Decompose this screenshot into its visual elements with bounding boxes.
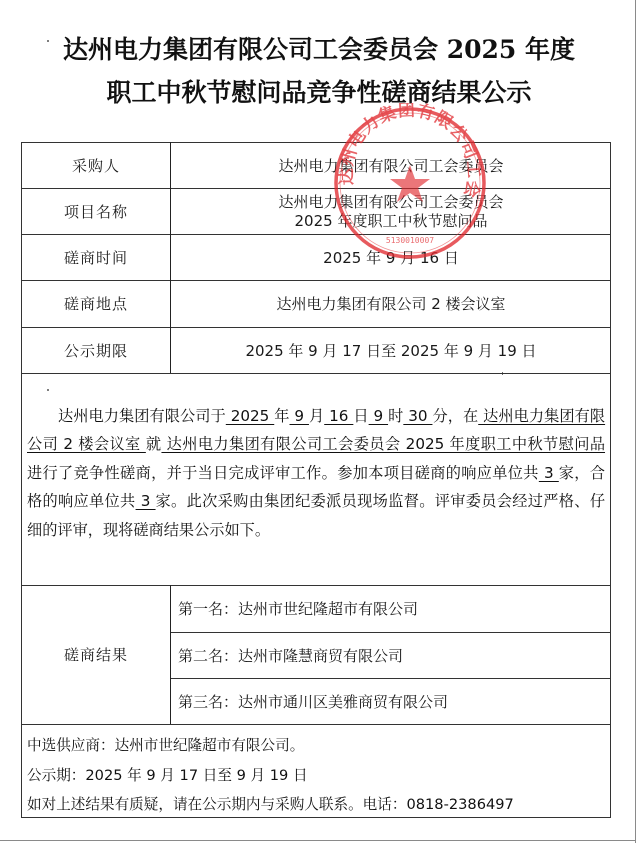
filled-year: 2025 (226, 407, 274, 425)
project-name-line2: 2025 年度职工中秋节慰问品 (295, 212, 488, 231)
project-name-value: 达州电力集团有限公司工会委员会 2025 年度职工中秋节慰问品 (171, 189, 611, 234)
scan-speck (47, 40, 49, 42)
project-name-line1: 达州电力集团有限公司工会委员会 (278, 193, 503, 212)
document-title-line2: 职工中秋节慰问品竞争性磋商结果公示 (0, 73, 638, 109)
page-edge-right (635, 0, 636, 843)
result-rank-2: 第二名：达州市隆慧商贸有限公司 (171, 633, 611, 678)
negotiation-location-label: 磋商地点 (22, 281, 170, 327)
narrative-text: 达州电力集团有限公司于 (58, 407, 226, 425)
narrative-text: 分，在 (432, 407, 478, 425)
rank-company: 达州市通川区美雅商贸有限公司 (238, 692, 448, 712)
row-divider (21, 373, 611, 374)
narrative-text: 日 (353, 407, 368, 425)
rank-label: 第三名： (178, 692, 238, 712)
rank-company: 达州市世纪隆超市有限公司 (238, 599, 418, 619)
document-title-line1: 达州电力集团有限公司工会委员会 2025 年度 (0, 30, 638, 66)
publicity-period-value: 2025 年 9 月 17 日至 2025 年 9 月 19 日 (171, 328, 611, 373)
row-divider (21, 724, 611, 725)
negotiation-time-value: 2025 年 9 月 16 日 (171, 235, 611, 280)
negotiation-location-value: 达州电力集团有限公司 2 楼会议室 (171, 281, 611, 327)
result-rank-3: 第三名：达州市通川区美雅商贸有限公司 (171, 679, 611, 724)
filled-responder-count: 3 (539, 464, 559, 482)
filled-minute: 30 (403, 407, 432, 425)
filled-month: 9 (290, 407, 309, 425)
selected-supplier: 中选供应商：达州市世纪隆超市有限公司。 (27, 734, 304, 755)
rank-company: 达州市隆慧商贸有限公司 (238, 646, 403, 666)
purchaser-value: 达州电力集团有限公司工会委员会 (171, 143, 611, 188)
narrative-text: 就 (146, 435, 162, 453)
narrative-text: 时 (388, 407, 403, 425)
negotiation-time-label: 磋商时间 (22, 235, 170, 280)
rank-label: 第一名： (178, 599, 238, 619)
result-rank-1: 第一名：达州市世纪隆超市有限公司 (171, 586, 611, 632)
page-edge-bottom (0, 840, 636, 841)
filled-qualified-count: 3 (136, 492, 156, 510)
publicity-period-label: 公示期限 (22, 328, 170, 373)
filled-day: 16 (324, 407, 353, 425)
contact-note: 如对上述结果有质疑，请在公示期内与采购人联系。电话：0818-2386497 (27, 793, 514, 814)
narrative-text: 进行了竞争性磋商，并于当日完成评审工作。参加本项目磋商的响应单位共 (27, 464, 539, 482)
narrative-paragraph: 达州电力集团有限公司于 2025 年 9 月 16 日 9 时 30 分，在 达… (27, 402, 605, 544)
publicity-period-note: 公示期：2025 年 9 月 17 日至 9 月 19 日 (27, 764, 308, 785)
filled-project: 达州电力集团有限公司工会委员会 2025 年度职工中秋节慰问品 (161, 435, 605, 453)
filled-hour: 9 (369, 407, 388, 425)
rank-label: 第二名： (178, 646, 238, 666)
results-label: 磋商结果 (22, 586, 170, 724)
narrative-text: 年 (274, 407, 289, 425)
purchaser-label: 采购人 (22, 143, 170, 188)
project-name-label: 项目名称 (22, 189, 170, 234)
narrative-text: 月 (309, 407, 324, 425)
